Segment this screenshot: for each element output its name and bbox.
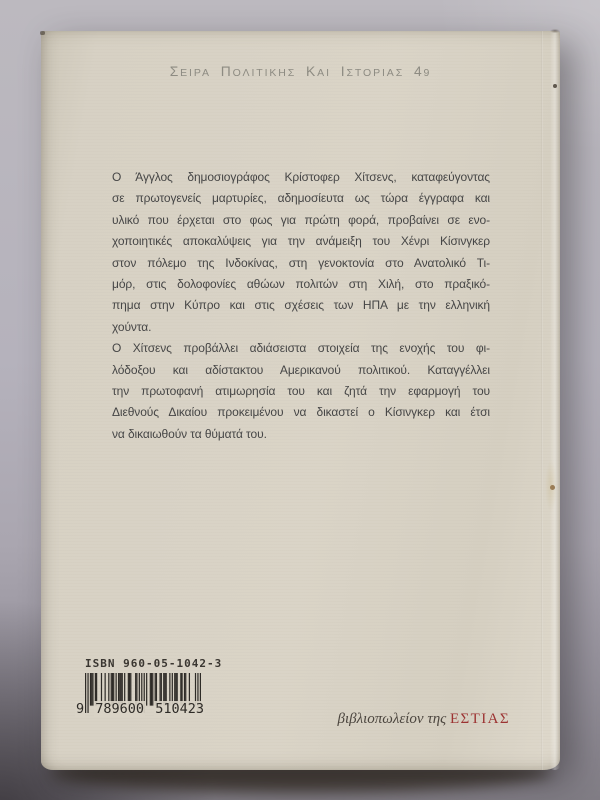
blurb-line: χούντα. bbox=[112, 317, 490, 338]
ink-spot bbox=[553, 84, 557, 88]
barcode-digit-group: 510423 bbox=[154, 701, 205, 717]
blurb-line: Διεθνούς Δικαίου προκειμένου να δικαστεί… bbox=[112, 402, 490, 423]
cover-crease-line bbox=[541, 31, 543, 770]
isbn-label: ISBN 960-05-1042-3 bbox=[85, 657, 222, 670]
blurb-line: πημα στην Κύπρο και στις σχέσεις των ΗΠΑ… bbox=[112, 295, 490, 316]
blurb-line: λόδοξου και αδίστακτου Αμερικανού πολιτι… bbox=[112, 360, 490, 381]
series-header: ΣΕΙΡΑ ΠΟΛΙΤΙΚΗΣ ΚΑΙ ΙΣΤΟΡΙΑΣ 49 bbox=[41, 63, 560, 79]
blurb-line: την πρωτοφανή ατιμωρησία του και ζητά τη… bbox=[112, 381, 490, 402]
barcode-digit-group: 9 bbox=[75, 701, 85, 717]
blurb-line: Ο Άγγλος δημοσιογράφος Κρίστοφερ Χίτσενς… bbox=[112, 167, 490, 188]
corner-stain bbox=[534, 28, 562, 40]
blurb-line: να δικαιωθούν τα θύματά του. bbox=[112, 424, 490, 445]
barcode-digit-group: 789600 bbox=[94, 701, 145, 717]
cover-edge-highlight bbox=[550, 31, 560, 770]
book-photo-background: ΣΕΙΡΑ ΠΟΛΙΤΙΚΗΣ ΚΑΙ ΙΣΤΟΡΙΑΣ 49 Ο Άγγλος… bbox=[0, 0, 600, 800]
publisher-prefix: βιβλιοπωλείον της bbox=[337, 711, 446, 727]
barcode-digits: 9 789600 510423 bbox=[75, 701, 205, 717]
isbn-block: ISBN 960-05-1042-3 9 789600 510423 bbox=[75, 657, 222, 717]
blurb-line: υλικό που έρχεται στο φως για πρώτη φορά… bbox=[112, 210, 490, 231]
corner-speck bbox=[40, 31, 45, 35]
publisher-name: ΕΣΤΙΑΣ bbox=[450, 711, 510, 727]
yellow-smudge bbox=[543, 451, 559, 521]
blurb-line: σε πρωτογενείς μαρτυρίες, αδημοσίευτα ως… bbox=[112, 188, 490, 209]
publisher-imprint: βιβλιοπωλείον της ΕΣΤΙΑΣ bbox=[337, 711, 510, 728]
blurb-line: χοποιητικές αποκαλύψεις για την ανάμειξη… bbox=[112, 231, 490, 252]
blurb-line: Ο Χίτσενς προβάλλει αδιάσειστα στοιχεία … bbox=[112, 338, 490, 359]
book-back-cover: ΣΕΙΡΑ ΠΟΛΙΤΙΚΗΣ ΚΑΙ ΙΣΤΟΡΙΑΣ 49 Ο Άγγλος… bbox=[41, 31, 560, 770]
blurb-line: μόρ, στις δολοφονίες αθώων πολιτών στη Χ… bbox=[112, 274, 490, 295]
blurb-text-block: Ο Άγγλος δημοσιογράφος Κρίστοφερ Χίτσενς… bbox=[112, 167, 490, 445]
blurb-line: στον πόλεμο της Ινδοκίνας, στη γενοκτονί… bbox=[112, 253, 490, 274]
